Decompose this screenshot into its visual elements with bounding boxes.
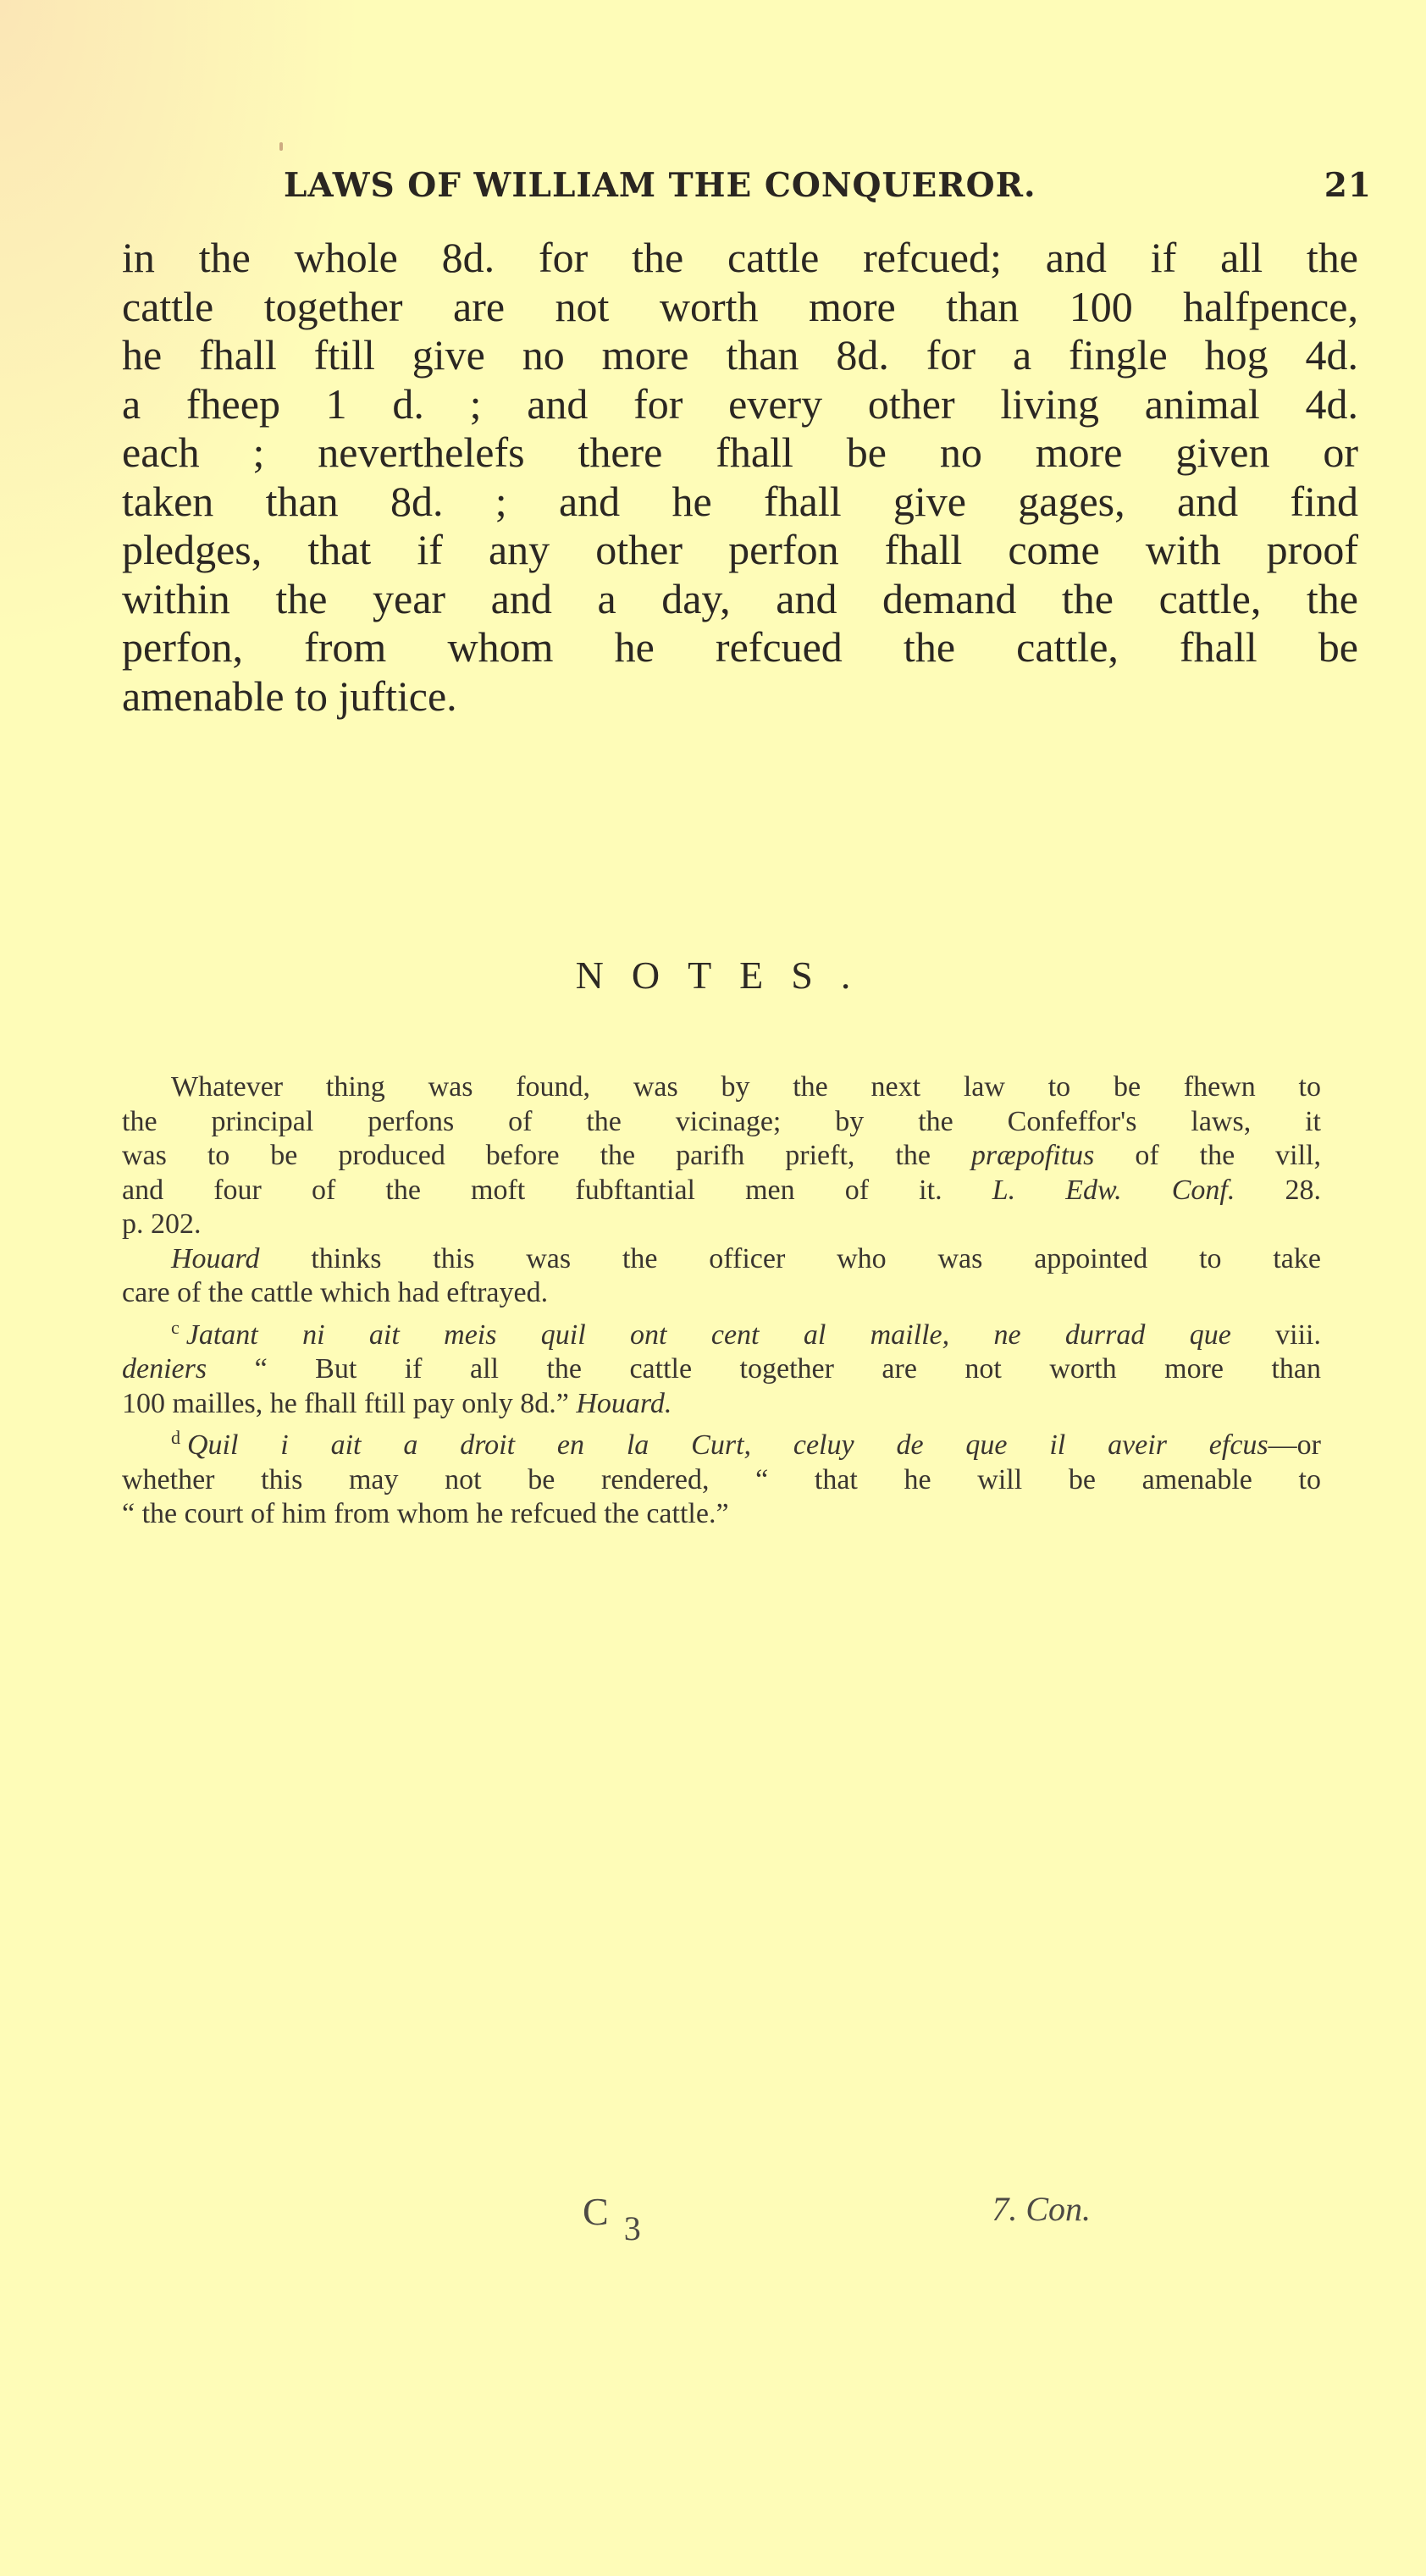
text-line: he fhall ftill give no more than 8d. for… — [122, 331, 1358, 380]
note-line: 100 mailles, he fhall ftill pay only 8d.… — [122, 1387, 1321, 1422]
footnote-marker: d — [171, 1427, 180, 1448]
note-line: was to be produced before the parifh pri… — [122, 1139, 1321, 1174]
french-quotation: Quil i ait a droit en la Curt, celuy de … — [187, 1429, 1268, 1461]
note-line: p. 202. — [122, 1208, 1321, 1242]
text-line: a fheep 1 d. ; and for every other livin… — [122, 380, 1358, 429]
text-line: cattle together are not worth more than … — [122, 283, 1358, 332]
text-line: in the whole 8d. for the cattle refcued;… — [122, 234, 1358, 283]
notes-heading: NOTES. — [0, 953, 1426, 998]
citation: L. Edw. Conf. — [992, 1175, 1235, 1206]
note-line: cJatant ni ait meis quil ont cent al mai… — [122, 1311, 1321, 1353]
signature-mark: C3 — [583, 2189, 641, 2248]
note-line: and four of the moft fubftantial men of … — [122, 1174, 1321, 1208]
note-line: dQuil i ait a droit en la Curt, celuy de… — [122, 1421, 1321, 1463]
note-line: “ the court of him from whom he refcued … — [122, 1497, 1321, 1532]
main-text: in the whole 8d. for the cattle refcued;… — [122, 234, 1358, 721]
note-line: care of the cattle which had eftrayed. — [122, 1276, 1321, 1311]
text-line: amenable to juftice. — [122, 672, 1358, 721]
running-head: LAWS OF WILLIAM THE CONQUEROR. 21 — [135, 166, 1372, 205]
note-d: dQuil i ait a droit en la Curt, celuy de… — [122, 1421, 1321, 1532]
page-number: 21 — [1324, 166, 1372, 205]
text-line: within the year and a day, and demand th… — [122, 575, 1358, 624]
note-line: Whatever thing was found, was by the nex… — [122, 1070, 1321, 1105]
note-line: Houard thinks this was the officer who w… — [122, 1242, 1321, 1277]
note-line: deniers “ But if all the cattle together… — [122, 1352, 1321, 1387]
note-b: Whatever thing was found, was by the nex… — [122, 1070, 1321, 1311]
author-name: Houard — [171, 1243, 260, 1274]
text-line: each ; neverthelefs there fhall be no mo… — [122, 428, 1358, 478]
note-line: the principal perfons of the vicinage; b… — [122, 1105, 1321, 1140]
author-name: Houard. — [576, 1388, 672, 1419]
note-line: whether this may not be rendered, “ that… — [122, 1463, 1321, 1498]
footnote-marker: c — [171, 1317, 180, 1338]
running-head-title: LAWS OF WILLIAM THE CONQUEROR. — [284, 166, 1036, 205]
page-footer: C3 7. Con. — [583, 2189, 1091, 2248]
note-c: cJatant ni ait meis quil ont cent al mai… — [122, 1311, 1321, 1422]
catchword: 7. Con. — [992, 2189, 1091, 2248]
text-line: pledges, that if any other perfon fhall … — [122, 526, 1358, 575]
text-line: taken than 8d. ; and he fhall give gages… — [122, 478, 1358, 527]
french-quotation: Jatant ni ait meis quil ont cent al mail… — [186, 1319, 1231, 1351]
book-page: LAWS OF WILLIAM THE CONQUEROR. 21 in the… — [0, 0, 1426, 2576]
italic-term: præpofitus — [971, 1140, 1094, 1171]
notes-section: Whatever thing was found, was by the nex… — [122, 1070, 1321, 1532]
ink-speck — [279, 142, 283, 151]
text-line: perfon, from whom he refcued the cattle,… — [122, 623, 1358, 672]
